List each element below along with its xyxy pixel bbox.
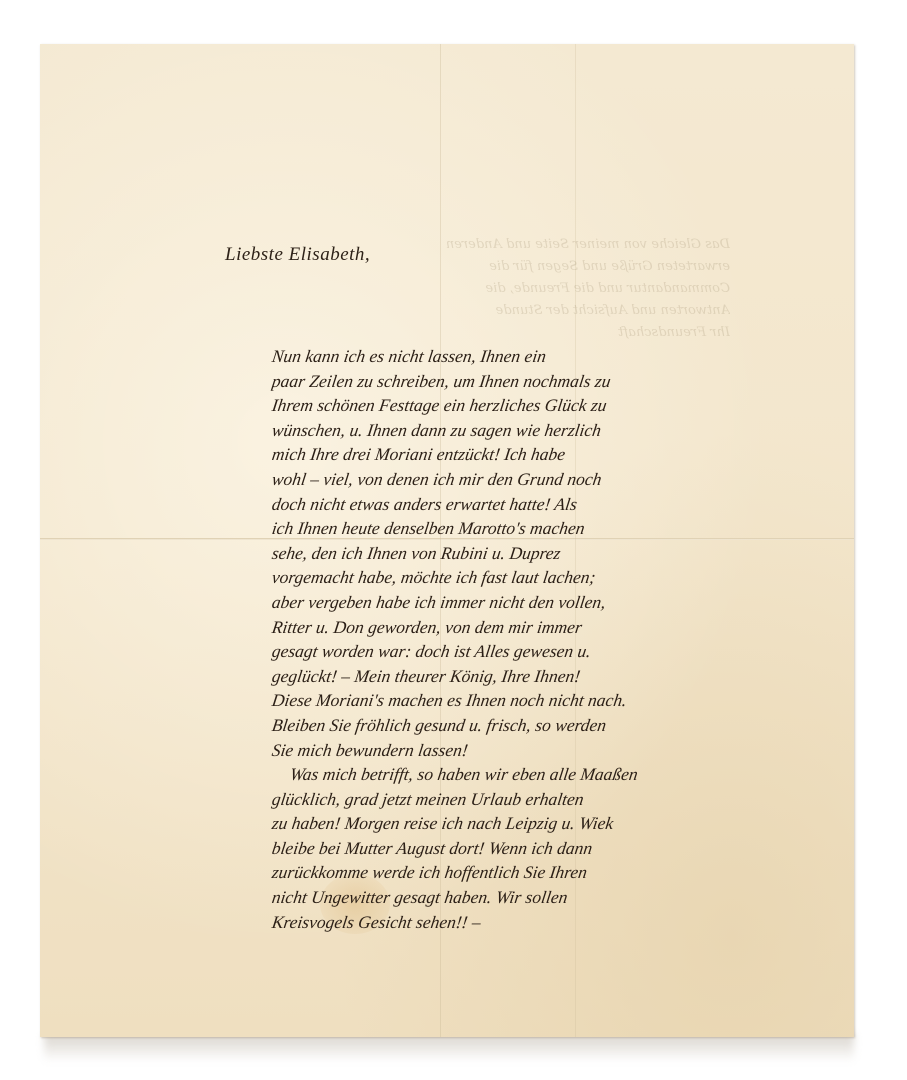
show-through-line: Commandantur und die Freunde, die bbox=[370, 278, 730, 300]
letter-line: Ihrem schönen Festtage ein herzliches Gl… bbox=[270, 393, 803, 418]
letter-line: wünschen, u. Ihnen dann zu sagen wie her… bbox=[270, 418, 803, 443]
letter-line: geglückt! – Mein theurer König, Ihre Ihn… bbox=[270, 664, 803, 689]
letter-line: Kreisvogels Gesicht sehen!! – bbox=[270, 910, 803, 935]
letter-line: paar Zeilen zu schreiben, um Ihnen nochm… bbox=[270, 369, 803, 394]
letter-line: bleibe bei Mutter August dort! Wenn ich … bbox=[270, 836, 803, 861]
letter-line: Bleiben Sie fröhlich gesund u. frisch, s… bbox=[270, 713, 803, 738]
letter-line: zu haben! Morgen reise ich nach Leipzig … bbox=[270, 811, 803, 836]
letter-line: nicht Ungewitter gesagt haben. Wir solle… bbox=[270, 885, 803, 910]
letter-line: aber vergeben habe ich immer nicht den v… bbox=[270, 590, 803, 615]
paper-shadow bbox=[44, 1034, 854, 1062]
letter-line: zurückkomme werde ich hoffentlich Sie Ih… bbox=[270, 860, 803, 885]
show-through-line: Antworten und Aufsicht der Stunde bbox=[370, 300, 730, 322]
letter-line: sehe, den ich Ihnen von Rubini u. Duprez bbox=[270, 541, 803, 566]
letter-body: Nun kann ich es nicht lassen, Ihnen ein … bbox=[272, 344, 802, 934]
show-through-line: Das Gleiche von meiner Seite und Anderen bbox=[370, 234, 730, 256]
letter-line: ich Ihnen heute denselben Marotto's mach… bbox=[270, 516, 803, 541]
letter-line: Ritter u. Don geworden, von dem mir imme… bbox=[270, 615, 803, 640]
letter-line: Sie mich bewundern lassen! bbox=[270, 738, 803, 763]
letter-line: Diese Moriani's machen es Ihnen noch nic… bbox=[270, 688, 803, 713]
letter-line: Nun kann ich es nicht lassen, Ihnen ein bbox=[270, 344, 803, 369]
show-through-line: Ihr Freundschaft bbox=[370, 322, 730, 344]
letter-line: wohl – viel, von denen ich mir den Grund… bbox=[270, 467, 803, 492]
show-through-line: erwarteten Grüße und Segen für die bbox=[370, 256, 730, 278]
letter-line: Was mich betrifft, so haben wir eben all… bbox=[270, 762, 803, 787]
salutation: Liebste Elisabeth, bbox=[225, 244, 370, 266]
letter-page: Das Gleiche von meiner Seite und Anderen… bbox=[40, 44, 854, 1037]
letter-line: glücklich, grad jetzt meinen Urlaub erha… bbox=[270, 787, 803, 812]
letter-line: gesagt worden war: doch ist Alles gewese… bbox=[270, 639, 803, 664]
letter-line: vorgemacht habe, möchte ich fast laut la… bbox=[270, 565, 803, 590]
letter-line: doch nicht etwas anders erwartet hatte! … bbox=[270, 492, 803, 517]
letter-line: mich Ihre drei Moriani entzückt! Ich hab… bbox=[270, 442, 803, 467]
show-through-text: Das Gleiche von meiner Seite und Anderen… bbox=[370, 234, 730, 344]
